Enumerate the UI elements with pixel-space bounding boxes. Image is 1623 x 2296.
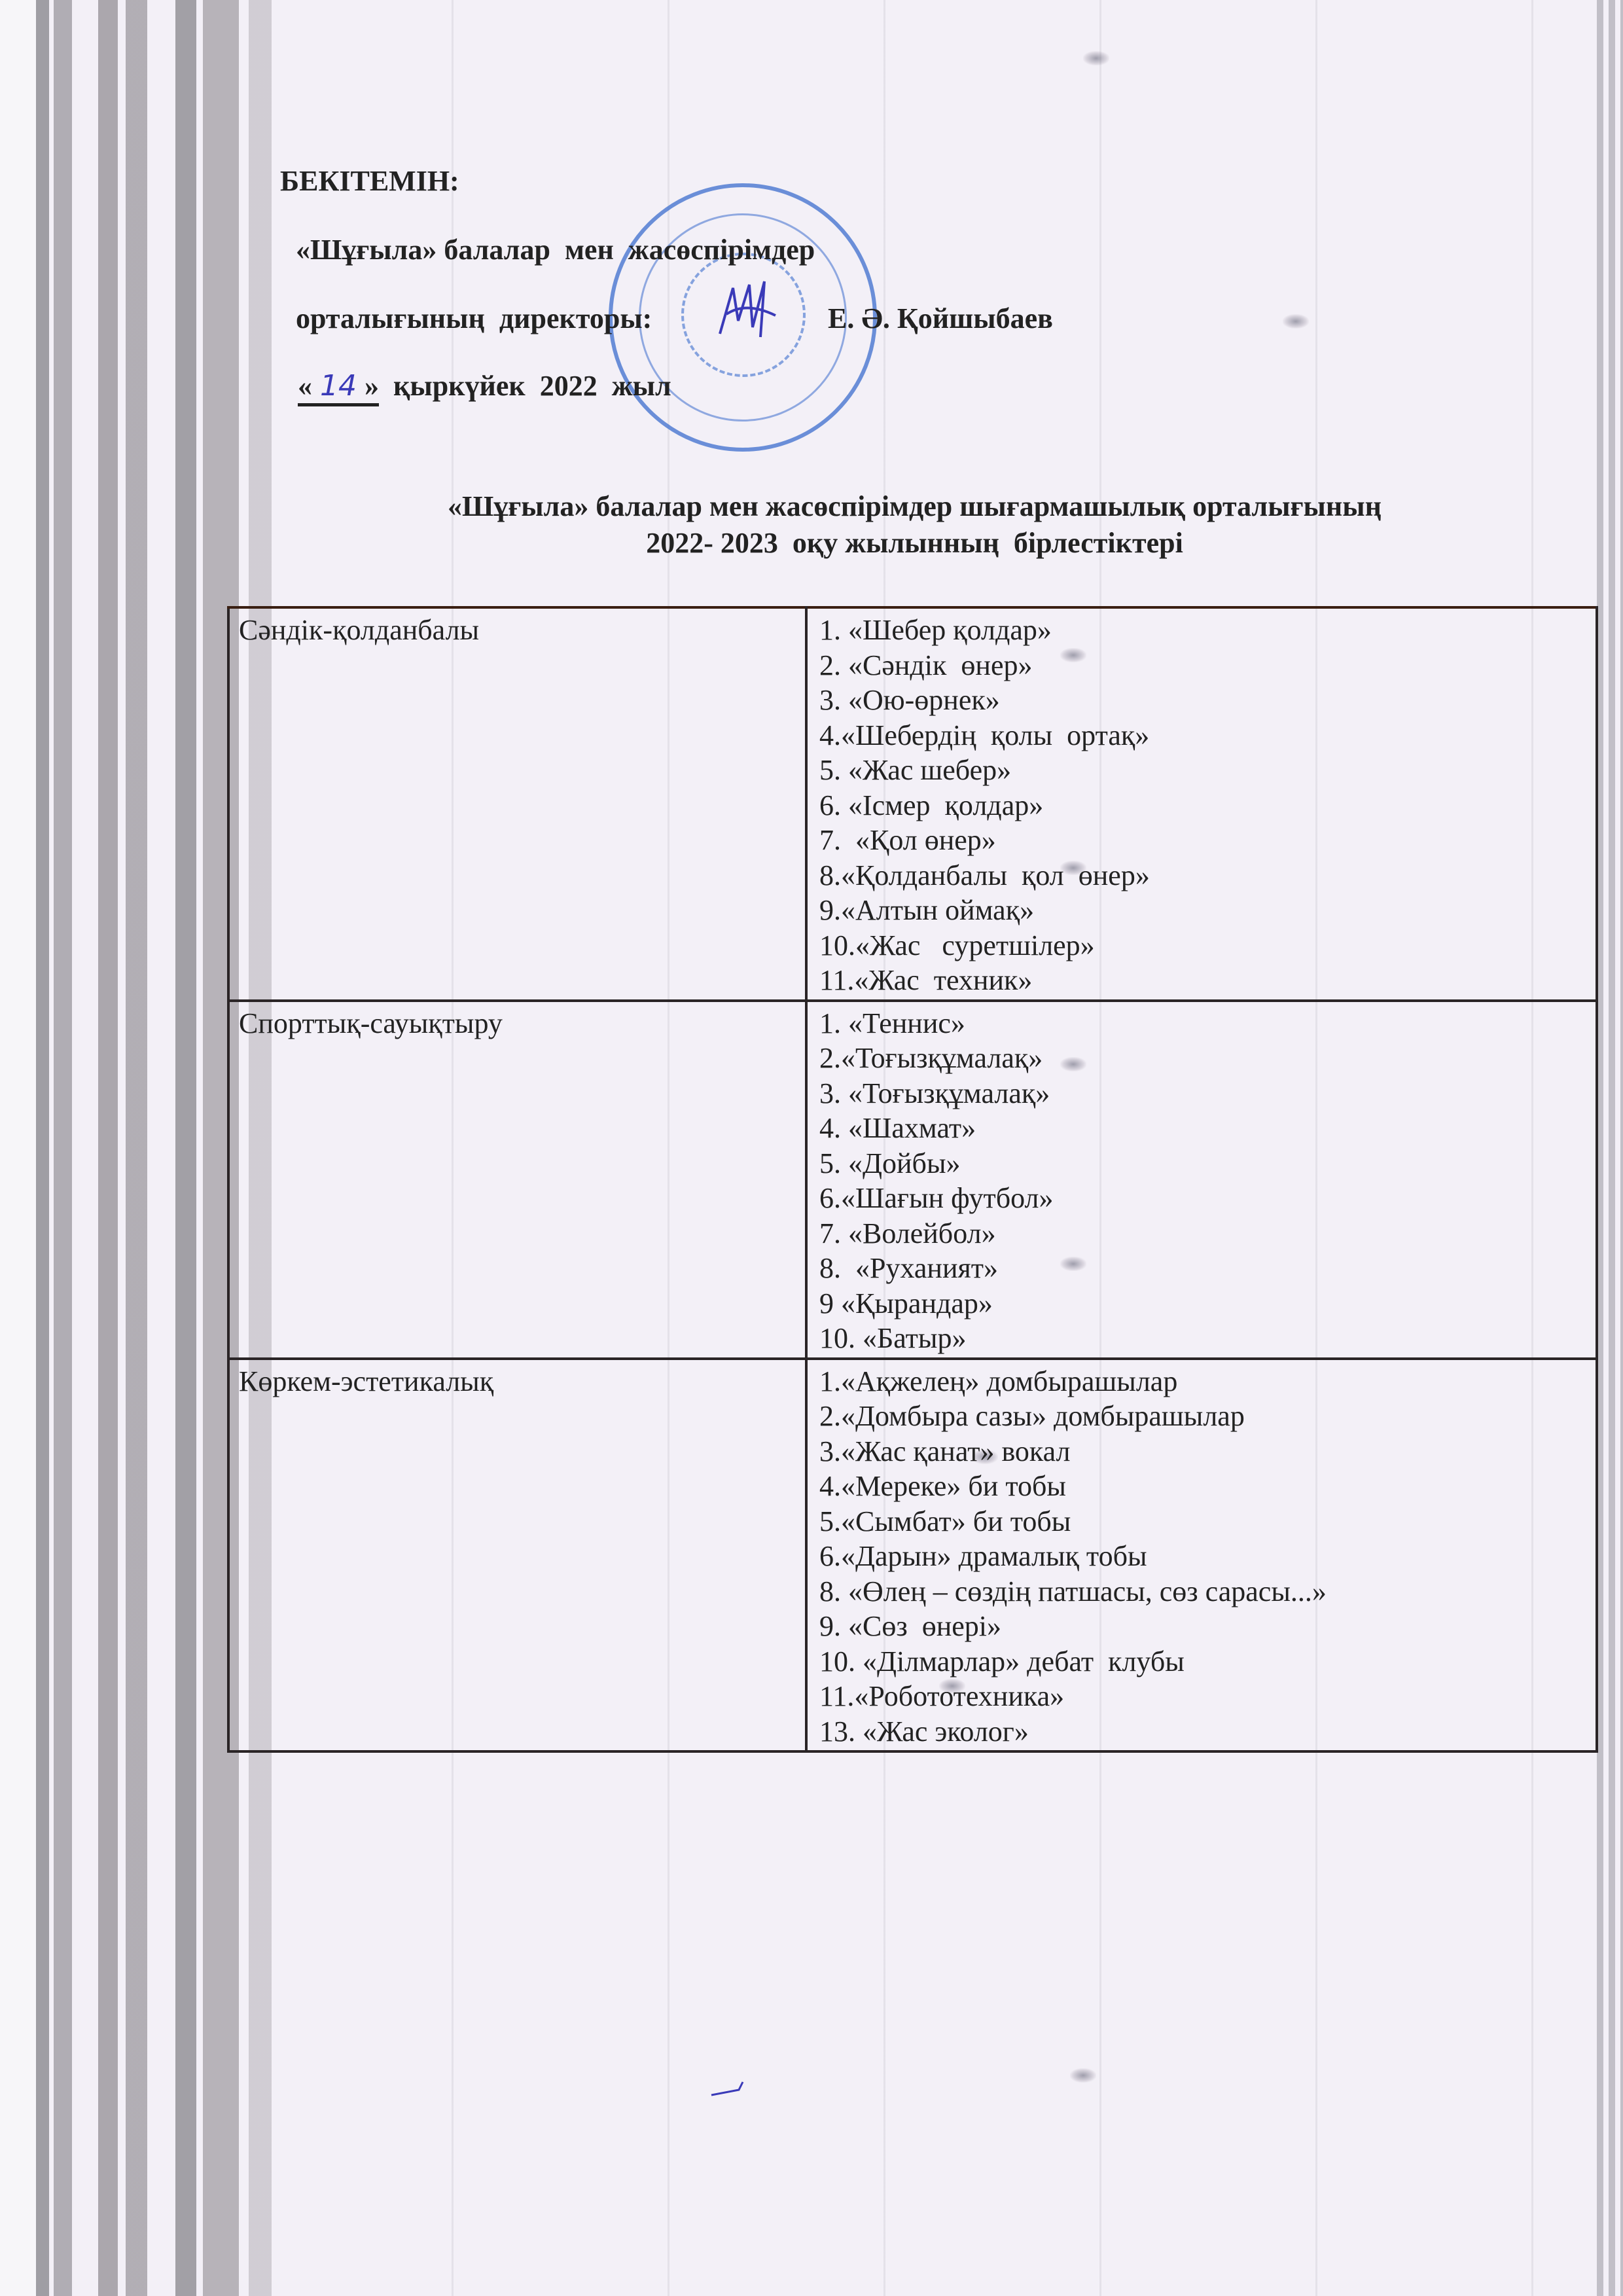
table-row: Спорттық-сауықтыру 1. «Теннис» 2.«Тоғызқ…: [228, 1001, 1597, 1359]
scan-speck: [1083, 51, 1109, 65]
director-name: Е. Ә. Қойшыбаев: [828, 304, 1053, 333]
document-title-line2: 2022- 2023 оқу жылынның бірлестіктері: [229, 529, 1600, 558]
list-item: 3.«Жас қанат» вокал: [819, 1434, 1586, 1469]
date-close-quote: »: [365, 370, 379, 402]
list-item: 1. «Теннис»: [819, 1006, 1586, 1041]
list-item: 9. «Сөз өнері»: [819, 1609, 1586, 1644]
list-item: 9 «Қырандар»: [819, 1286, 1586, 1321]
list-item: 2.«Тоғызқұмалақ»: [819, 1041, 1586, 1076]
list-item: 6.«Шағын футбол»: [819, 1181, 1586, 1216]
category-cell: Спорттық-сауықтыру: [228, 1001, 806, 1359]
list-item: 6. «Ісмер қолдар»: [819, 788, 1586, 823]
category-cell: Көркем-эстетикалық: [228, 1359, 806, 1752]
approval-org-line: «Шұғыла» балалар мен жасөспірімдер: [296, 236, 815, 264]
list-item: 5. «Дойбы»: [819, 1146, 1586, 1181]
associations-table: Сәндік-қолданбалы 1. «Шебер қолдар» 2. «…: [227, 606, 1598, 1753]
approval-date: «14» қыркүйек 2022 жыл: [298, 372, 671, 401]
list-item: 7. «Қол өнер»: [819, 823, 1586, 858]
list-item: 1. «Шебер қолдар»: [819, 613, 1586, 648]
list-item: 3. «Тоғызқұмалақ»: [819, 1076, 1586, 1111]
list-item: 4.«Мереке» би тобы: [819, 1469, 1586, 1504]
list-item: 9.«Алтын оймақ»: [819, 893, 1586, 928]
signature-icon: [713, 275, 785, 347]
approval-heading: БЕКІТЕМІН:: [280, 167, 459, 196]
list-item: 4.«Шебердің қолы ортақ»: [819, 718, 1586, 753]
document-title-line1: «Шұғыла» балалар мен жасөспірімдер шығар…: [229, 492, 1600, 521]
date-open-quote: «: [298, 370, 312, 402]
list-item: 10. «Батыр»: [819, 1321, 1586, 1356]
scan-speck: [1070, 2068, 1096, 2083]
list-item: 10. «Ділмарлар» дебат клубы: [819, 1644, 1586, 1679]
items-cell: 1. «Шебер қолдар» 2. «Сәндік өнер» 3. «О…: [806, 607, 1597, 1001]
list-item: 8.«Қолданбалы қол өнер»: [819, 858, 1586, 893]
list-item: 2.«Домбыра сазы» домбырашылар: [819, 1399, 1586, 1434]
list-item: 4. «Шахмат»: [819, 1111, 1586, 1146]
table-row: Сәндік-қолданбалы 1. «Шебер қолдар» 2. «…: [228, 607, 1597, 1001]
scan-right-streak: [1597, 0, 1623, 2296]
list-item: 1.«Ақжелең» домбырашылар: [819, 1364, 1586, 1399]
list-item: 7. «Волейбол»: [819, 1216, 1586, 1251]
list-item: 2. «Сәндік өнер»: [819, 648, 1586, 683]
date-day: 14: [312, 372, 365, 401]
list-item: 10.«Жас суретшілер»: [819, 928, 1586, 963]
approval-director-label: орталығының директоры:: [296, 304, 652, 333]
list-item: 5. «Жас шебер»: [819, 753, 1586, 788]
list-item: 11.«Робототехника»: [819, 1679, 1586, 1714]
items-cell: 1. «Теннис» 2.«Тоғызқұмалақ» 3. «Тоғызқұ…: [806, 1001, 1597, 1359]
category-cell: Сәндік-қолданбалы: [228, 607, 806, 1001]
pen-mark-icon: [710, 2078, 749, 2098]
list-item: 6.«Дарын» драмалық тобы: [819, 1539, 1586, 1574]
items-cell: 1.«Ақжелең» домбырашылар 2.«Домбыра сазы…: [806, 1359, 1597, 1752]
list-item: 13. «Жас эколог»: [819, 1714, 1586, 1749]
scan-speck: [1283, 314, 1309, 329]
list-item: 11.«Жас техник»: [819, 963, 1586, 998]
list-item: 3. «Ою-өрнек»: [819, 683, 1586, 718]
date-day-field: «14»: [298, 370, 379, 406]
list-item: 8. «Руханият»: [819, 1251, 1586, 1286]
list-item: 8. «Өлең – сөздің патшасы, сөз сарасы...…: [819, 1574, 1586, 1609]
list-item: 5.«Сымбат» би тобы: [819, 1504, 1586, 1539]
table-row: Көркем-эстетикалық 1.«Ақжелең» домбырашы…: [228, 1359, 1597, 1752]
date-month-year: қыркүйек 2022 жыл: [379, 370, 671, 402]
